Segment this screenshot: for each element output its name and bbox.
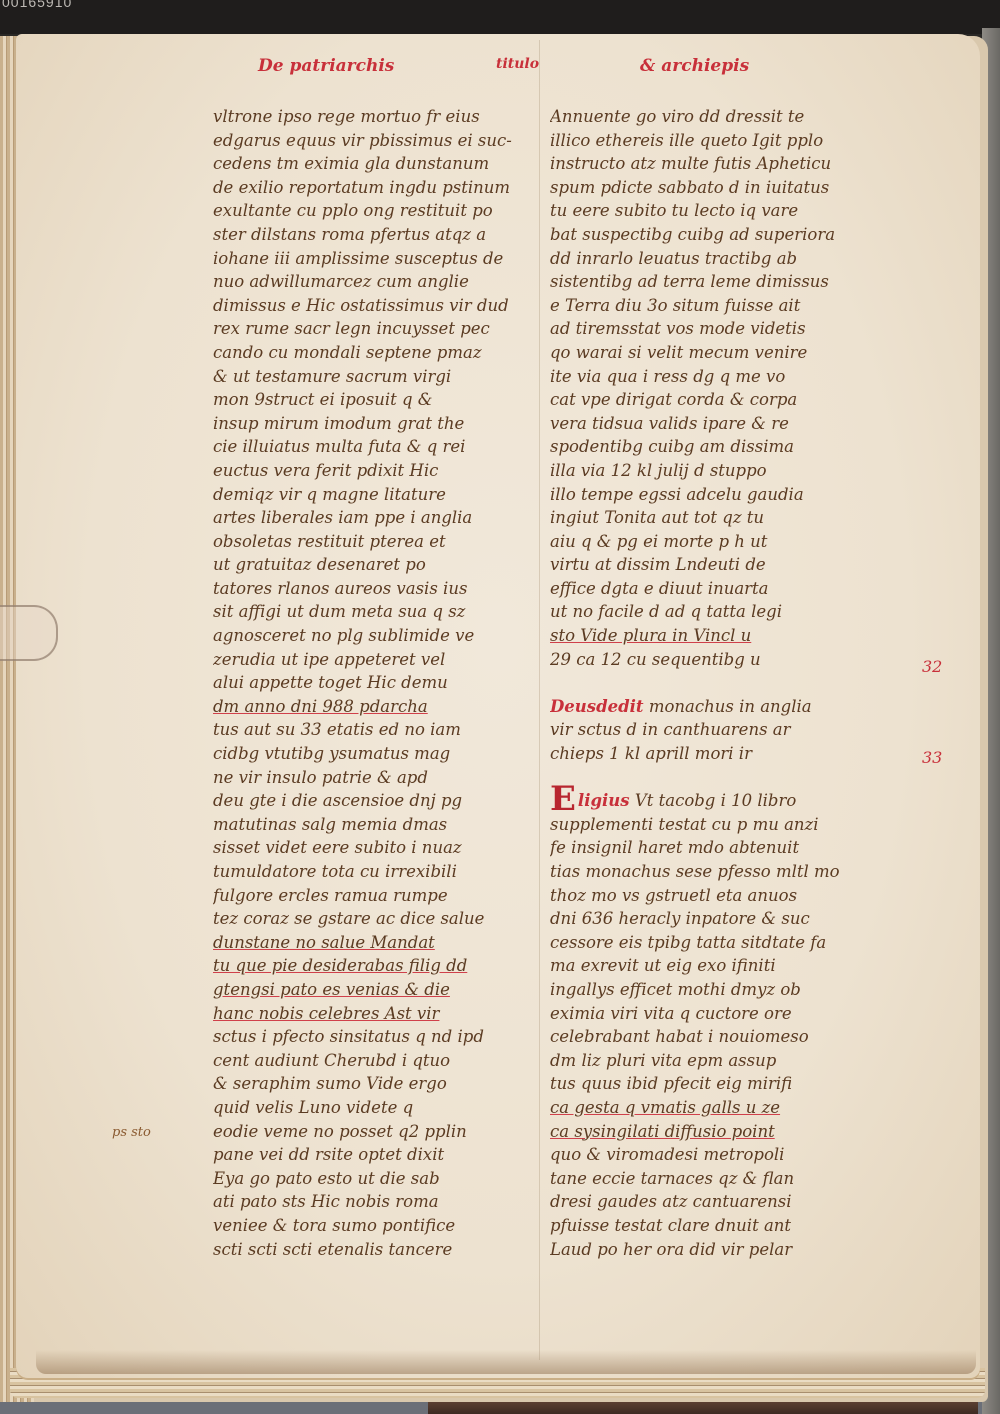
text-line: cando cu mondali septene pmaz	[213, 341, 518, 365]
text-line: dm anno dni 988 pdarcha	[213, 695, 518, 719]
entry-32-first-line: Deusdedit monachus in anglia	[550, 695, 855, 719]
text-line: ne vir insulo patrie & apd	[213, 766, 518, 790]
text-line: sit affigi ut dum meta sua q sz	[213, 600, 518, 624]
text-line: ca sysingilati diffusio point	[550, 1120, 855, 1144]
text-line: dunstane no salue Mandat	[213, 931, 518, 955]
text-line: gtengsi pato es venias & die	[213, 978, 518, 1002]
text-line: effice dgta e diuut inuarta	[550, 577, 855, 601]
text-line: sisset videt eere subito i nuaz	[213, 836, 518, 860]
text-line: zerudia ut ipe appeteret vel	[213, 648, 518, 672]
text-line: aiu q & pg ei morte p h ut	[550, 530, 855, 554]
text-line: alui appette toget Hic demu	[213, 671, 518, 695]
entry-33-first-line: Eligius Vt tacobg i 10 libro	[550, 789, 855, 813]
text-line: exultante cu pplo ong restituit po	[213, 199, 518, 223]
text-line: nuo adwillumarcez cum anglie	[213, 270, 518, 294]
text-line: Eya go pato esto ut die sab	[213, 1167, 518, 1191]
text-line: tumuldatore tota cu irrexibili	[213, 860, 518, 884]
page-clip	[0, 605, 58, 661]
running-header-right: & archiepis	[640, 56, 749, 76]
text-span: monachus in anglia	[649, 697, 812, 716]
text-line: iohane iii amplissime susceptus de	[213, 247, 518, 271]
text-line: ster dilstans roma pfertus atqz a	[213, 223, 518, 247]
text-line: vltrone ipso rege mortuo fr eius	[213, 105, 518, 129]
text-line: ati pato sts Hic nobis roma	[213, 1190, 518, 1214]
text-line: cidbg vtutibg ysumatus mag	[213, 742, 518, 766]
text-line: artes liberales iam ppe i anglia	[213, 506, 518, 530]
text-line: Laud po her ora did vir pelar	[550, 1238, 855, 1262]
text-line: pfuisse testat clare dnuit ant	[550, 1214, 855, 1238]
text-line: & ut testamure sacrum virgi	[213, 365, 518, 389]
text-line: dresi gaudes atz cantuarensi	[550, 1190, 855, 1214]
text-line: deu gte i die ascensioe dnj pg	[213, 789, 518, 813]
text-line: hanc nobis celebres Ast vir	[213, 1002, 518, 1026]
scanner-top-bar: 00165910	[0, 0, 1000, 34]
scan-id-label: 00165910	[2, 0, 72, 10]
text-line: pane vei dd rsite optet dixit	[213, 1143, 518, 1167]
text-line: obsoletas restituit pterea et	[213, 530, 518, 554]
text-line: & seraphim sumo Vide ergo	[213, 1072, 518, 1096]
text-line: quid velis Luno videte q	[213, 1096, 518, 1120]
text-line: vera tidsua valids ipare & re	[550, 412, 855, 436]
text-line: tu eere subito tu lecto iq vare	[550, 199, 855, 223]
text-line: dni 636 heracly inpatore & suc	[550, 907, 855, 931]
running-header-left: De patriarchis	[258, 56, 394, 76]
text-line: sto Vide plura in Vincl u	[550, 624, 855, 648]
text-line: cie illuiatus multa futa & q rei	[213, 435, 518, 459]
text-line: fe insignil haret mdo abtenuit	[550, 836, 855, 860]
running-header: De patriarchis titulo & archiepis	[0, 56, 1000, 86]
text-line: ingiut Tonita aut tot qz tu	[550, 506, 855, 530]
marginal-note: ps sto	[112, 1125, 151, 1140]
text-line: ca gesta q vmatis galls u ze	[550, 1096, 855, 1120]
running-header-middle: titulo	[496, 56, 539, 72]
text-line: vir sctus d in canthuarens ar	[550, 718, 855, 742]
text-line: virtu at dissim Lndeuti de	[550, 553, 855, 577]
text-line: dm liz pluri vita epm assup	[550, 1049, 855, 1073]
text-line: agnosceret no plg sublimide ve	[213, 624, 518, 648]
text-line: euctus vera ferit pdixit Hic	[213, 459, 518, 483]
entry-33-heading: ligius	[578, 791, 630, 810]
text-line: sctus i pfecto sinsitatus q nd ipd	[213, 1025, 518, 1049]
text-line: illa via 12 kl julij d stuppo	[550, 459, 855, 483]
text-line: chieps 1 kl aprill mori ir	[550, 742, 855, 766]
text-line: ite via qua i ress dg q me vo	[550, 365, 855, 389]
page-foot-stain	[36, 1350, 976, 1374]
text-line: insup mirum imodum grat the	[213, 412, 518, 436]
text-line: de exilio reportatum ingdu pstinum	[213, 176, 518, 200]
entry-number-32: 32	[922, 657, 942, 676]
text-line: fulgore ercles ramua rumpe	[213, 884, 518, 908]
text-line: ma exrevit ut eig exo ifiniti	[550, 954, 855, 978]
text-line: tus aut su 33 etatis ed no iam	[213, 718, 518, 742]
paragraph-gap	[550, 671, 855, 695]
text-line: tatores rlanos aureos vasis ius	[213, 577, 518, 601]
text-line: ut no facile d ad q tatta legi	[550, 600, 855, 624]
text-line: demiqz vir q magne litature	[213, 483, 518, 507]
text-line: cat vpe dirigat corda & corpa	[550, 388, 855, 412]
right-text-column: Annuente go viro dd dressit te illico et…	[550, 105, 855, 1261]
text-line: 29 ca 12 cu sequentibg u	[550, 648, 855, 672]
text-line: cent audiunt Cherubd i qtuo	[213, 1049, 518, 1073]
text-line: qo warai si velit mecum venire	[550, 341, 855, 365]
left-text-column: vltrone ipso rege mortuo fr eius edgarus…	[213, 105, 518, 1261]
text-line: tu que pie desiderabas filig dd	[213, 954, 518, 978]
text-line: thoz mo vs gstruetl eta anuos	[550, 884, 855, 908]
text-line: bat suspectibg cuibg ad superiora	[550, 223, 855, 247]
paragraph-gap	[550, 766, 855, 790]
text-line: ad tiremsstat vos mode videtis	[550, 317, 855, 341]
text-line: ut gratuitaz desenaret po	[213, 553, 518, 577]
text-line: tus quus ibid pfecit eig mirifi	[550, 1072, 855, 1096]
text-line: dd inrarlo leuatus tractibg ab	[550, 247, 855, 271]
text-line: sistentibg ad terra leme dimissus	[550, 270, 855, 294]
text-line: Annuente go viro dd dressit te	[550, 105, 855, 129]
text-line: quo & viromadesi metropoli	[550, 1143, 855, 1167]
text-span: Vt tacobg i 10 libro	[635, 791, 797, 810]
text-line: tane eccie tarnaces qz & flan	[550, 1167, 855, 1191]
text-line: mon 9struct ei iposuit q &	[213, 388, 518, 412]
text-line: instructo atz multe futis Apheticu	[550, 152, 855, 176]
text-line: spodentibg cuibg am dissima	[550, 435, 855, 459]
text-line: tez coraz se gstare ac dice salue	[213, 907, 518, 931]
text-line: e Terra diu 3o situm fuisse ait	[550, 294, 855, 318]
text-line: scti scti scti etenalis tancere	[213, 1238, 518, 1262]
text-line: edgarus equus vir pbissimus ei suc-	[213, 129, 518, 153]
text-line: veniee & tora sumo pontifice	[213, 1214, 518, 1238]
text-line: eodie veme no posset q2 pplin	[213, 1120, 518, 1144]
text-line: dimissus e Hic ostatissimus vir dud	[213, 294, 518, 318]
text-line: illico ethereis ille queto Igit pplo	[550, 129, 855, 153]
text-line: tias monachus sese pfesso mltl mo	[550, 860, 855, 884]
text-line: celebrabant habat i nouiomeso	[550, 1025, 855, 1049]
entry-number-33: 33	[922, 748, 942, 767]
text-line: cessore eis tpibg tatta sitdtate fa	[550, 931, 855, 955]
text-line: spum pdicte sabbato d in iuitatus	[550, 176, 855, 200]
text-line: matutinas salg memia dmas	[213, 813, 518, 837]
text-line: eximia viri vita q cuctore ore	[550, 1002, 855, 1026]
text-line: ingallys efficet mothi dmyz ob	[550, 978, 855, 1002]
entry-32-heading: Deusdedit	[550, 697, 644, 716]
column-ruling-line	[539, 40, 540, 1360]
text-line: supplementi testat cu p mu anzi	[550, 813, 855, 837]
text-line: rex rume sacr legn incuysset pec	[213, 317, 518, 341]
text-line: cedens tm eximia gla dunstanum	[213, 152, 518, 176]
text-line: illo tempe egssi adcelu gaudia	[550, 483, 855, 507]
